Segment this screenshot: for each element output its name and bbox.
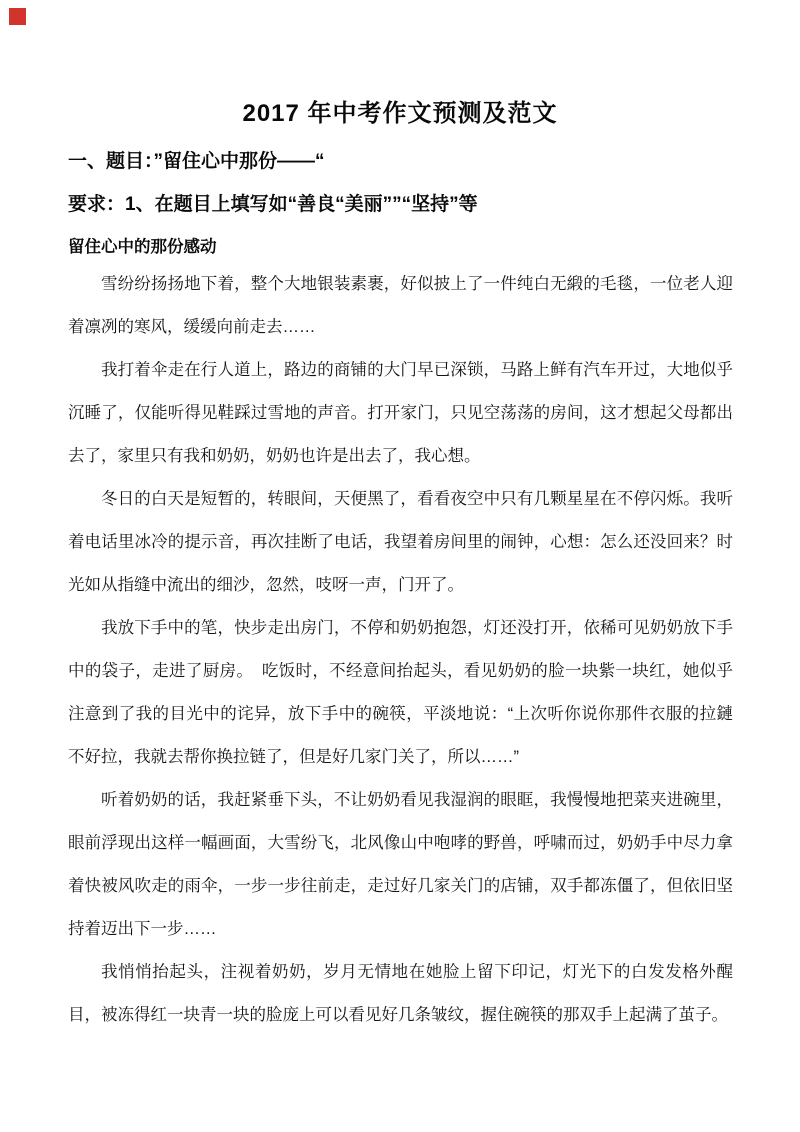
document-title: 2017 年中考作文预测及范文 — [0, 0, 800, 132]
red-square-marker — [9, 8, 26, 25]
essay-paragraph: 我打着伞走在行人道上，路边的商铺的大门早已深锁，马路上鲜有汽车开过，大地似乎沉睡… — [68, 349, 733, 478]
prompt-heading: 一、题目：”留住心中那份——“ — [0, 140, 800, 183]
essay-paragraph: 我悄悄抬起头，注视着奶奶，岁月无情地在她脸上留下印记，灯光下的白发发格外醒目，被… — [68, 951, 733, 1037]
document-page: 2017 年中考作文预测及范文 一、题目：”留住心中那份——“ 要求：1、在题目… — [0, 0, 800, 1132]
essay-paragraph: 听着奶奶的话，我赶紧垂下头，不让奶奶看见我湿润的眼眶，我慢慢地把菜夹进碗里，眼前… — [68, 779, 733, 951]
essay-body: 雪纷纷扬扬地下着，整个大地银装素裹，好似披上了一件纯白无緞的毛毯，一位老人迎着凛… — [0, 263, 800, 1037]
requirements-heading: 要求：1、在题目上填写如“善良“美丽””“坚持”等 — [0, 183, 800, 226]
essay-paragraph: 雪纷纷扬扬地下着，整个大地银装素裹，好似披上了一件纯白无緞的毛毯，一位老人迎着凛… — [68, 263, 733, 349]
essay-paragraph: 冬日的白天是短暂的，转眼间，天便黑了，看看夜空中只有几颗星星在不停闪烁。我听着电… — [68, 478, 733, 607]
essay-paragraph: 我放下手中的笔，快步走出房门，不停和奶奶抱怨，灯还没打开，依稀可见奶奶放下手中的… — [68, 607, 733, 779]
